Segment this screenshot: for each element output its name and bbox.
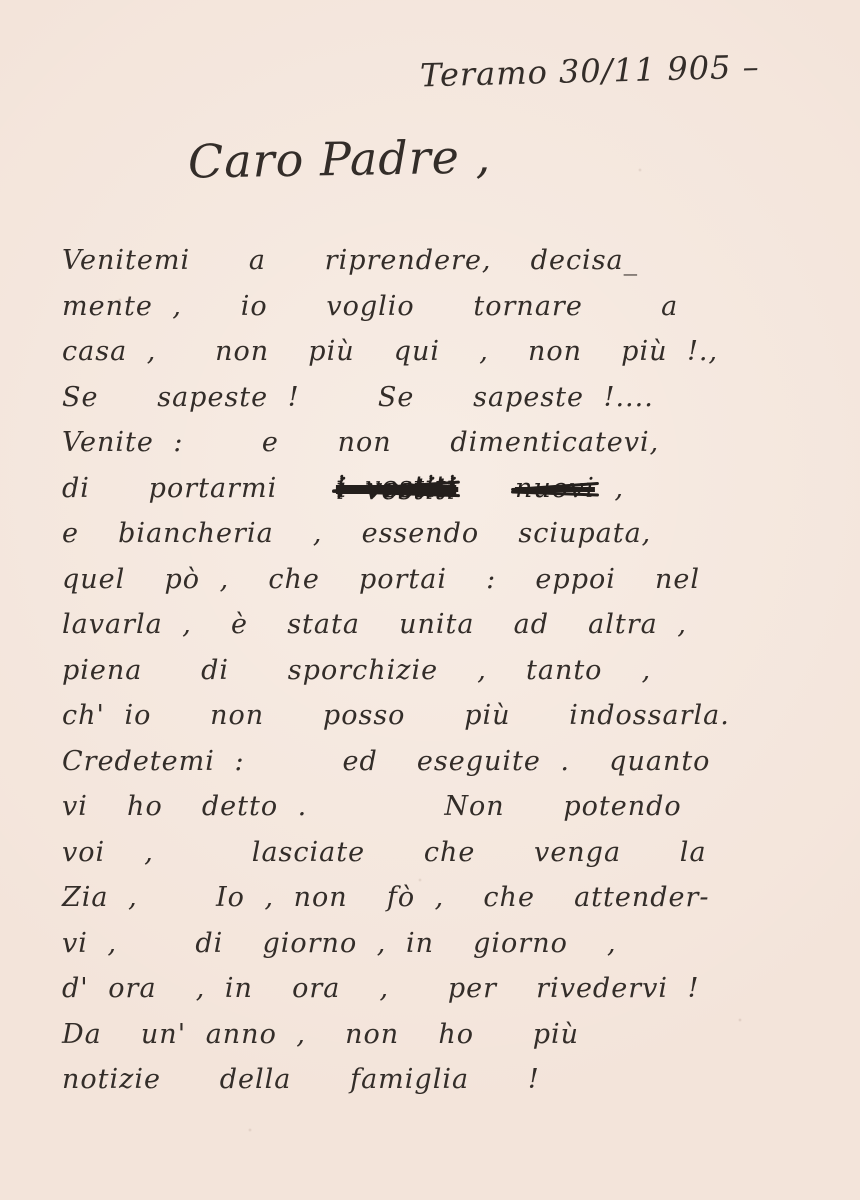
dateline: Teramo 30/11 905 – xyxy=(420,48,760,95)
letter-line: e biancheria , essendo sciupata, xyxy=(62,511,812,557)
letter-text: casa , non più qui , non più !., xyxy=(62,336,718,367)
letter-text xyxy=(456,473,515,504)
letter-line: Zia , Io , non fò , che attender- xyxy=(62,875,812,921)
letter-text: notizie della famiglia ! xyxy=(62,1064,540,1095)
struck-word: nuovi xyxy=(515,473,595,504)
letter-line: casa , non più qui , non più !., xyxy=(62,329,812,375)
letter-text: Venitemi a riprendere, decisa_ xyxy=(62,245,638,276)
letter-line: Credetemi : ed eseguite . quanto xyxy=(62,739,812,785)
letter-text: Da un' anno , non ho più xyxy=(62,1019,579,1050)
letter-text: Credetemi : ed eseguite . quanto xyxy=(62,746,710,777)
letter-text: Se sapeste ! Se sapeste !.... xyxy=(62,382,654,413)
letter-line: voi , lasciate che venga la xyxy=(62,830,812,876)
letter-line: di portarmi i vestiti nuovi , xyxy=(62,466,812,512)
struck-word: i vestiti xyxy=(336,473,456,504)
letter-text: , xyxy=(595,473,624,504)
letter-text: mente , io voglio tornare a xyxy=(62,291,678,322)
letter-text: Venite : e non dimenticatevi, xyxy=(62,427,659,458)
letter-line: quel pò , che portai : eppoi nel xyxy=(62,557,812,603)
letter-line: notizie della famiglia ! xyxy=(62,1057,812,1103)
letter-page: Teramo 30/11 905 – Caro Padre , Venitemi… xyxy=(0,0,860,1200)
letter-line: ch' io non posso più indossarla. xyxy=(62,693,812,739)
letter-line: Se sapeste ! Se sapeste !.... xyxy=(62,375,812,421)
letter-text: Zia , Io , non fò , che attender- xyxy=(62,882,710,913)
letter-text: quel pò , che portai : eppoi nel xyxy=(62,564,700,595)
letter-body: Venitemi a riprendere, decisa_mente , io… xyxy=(62,238,812,1103)
letter-text: piena di sporchizie , tanto , xyxy=(62,655,651,686)
letter-text: ch' io non posso più indossarla. xyxy=(62,700,730,731)
letter-line: lavarla , è stata unita ad altra , xyxy=(62,602,812,648)
letter-line: d' ora , in ora , per rivedervi ! xyxy=(62,966,812,1012)
letter-line: mente , io voglio tornare a xyxy=(62,284,812,330)
letter-text: lavarla , è stata unita ad altra , xyxy=(62,609,687,640)
letter-line: Venitemi a riprendere, decisa_ xyxy=(62,238,812,284)
letter-line: vi ho detto . Non potendo xyxy=(62,784,812,830)
letter-text: vi ho detto . Non potendo xyxy=(62,791,682,822)
letter-text: e biancheria , essendo sciupata, xyxy=(62,518,651,549)
letter-line: Da un' anno , non ho più xyxy=(62,1012,812,1058)
letter-line: Venite : e non dimenticatevi, xyxy=(62,420,812,466)
salutation: Caro Padre , xyxy=(188,129,492,188)
letter-text: voi , lasciate che venga la xyxy=(62,837,707,868)
letter-text: vi , di giorno , in giorno , xyxy=(62,928,617,959)
letter-text: d' ora , in ora , per rivedervi ! xyxy=(62,973,699,1004)
letter-line: vi , di giorno , in giorno , xyxy=(62,921,812,967)
letter-line: piena di sporchizie , tanto , xyxy=(62,648,812,694)
letter-text: di portarmi xyxy=(62,473,336,504)
